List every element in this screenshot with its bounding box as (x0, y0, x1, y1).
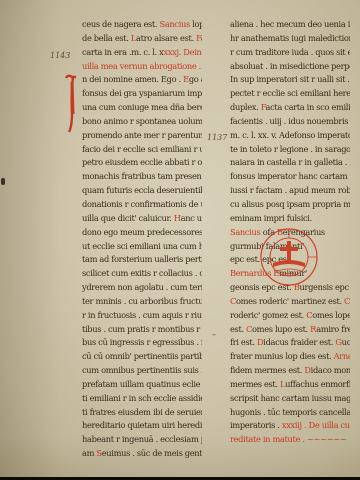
ink-text: scripsit hanc cartam iussu magistri (230, 393, 350, 403)
text-line: tam ad forsterium ualleris pertinente (82, 253, 202, 267)
ink-text: facientis . uiij . idus nouembris . era (230, 116, 350, 126)
ink-text: hr anathematis iugi maledictione (230, 33, 350, 43)
ink-text: In sup imperatori sit r ualli sit . mand… (230, 74, 350, 84)
text-line: uilla mea vernun abrogatione . — (82, 60, 202, 74)
ink-text: habeant r ingenuā . ecclesiam possideat (82, 434, 202, 444)
text-line: r in fructuosis . cum aquis r riuis r fo… (82, 309, 202, 323)
text-line: petro eiusdem ecclie abbati r omnib' uri… (82, 156, 202, 170)
ink-text: idacus fraider est. (263, 337, 335, 347)
ink-text: fonsus dei gra yspaniarum imperator (82, 88, 202, 98)
ink-text: est. (230, 324, 246, 334)
ink-text: omes lupo est. (252, 324, 310, 334)
text-line: facio dei r ecclie sci emiliani r uobis … (82, 143, 202, 157)
ink-text: ydrerem non agolatu . cum terminis sui (82, 282, 202, 292)
text-line: pectet r ecclie sci emiliani hereditatem (230, 87, 350, 101)
ink-text: prefatam uillam quatinus eclie bea (82, 379, 202, 389)
text-line: donationis r confirmationis de una (82, 198, 202, 212)
text-line: fonsus imperator hanc cartam fieri (230, 170, 350, 184)
text-line: tibus . cum pratis r montibus r uallib' (82, 323, 202, 337)
margin-note-year: 1143 (50, 51, 70, 60)
rubric-text: Sancius (160, 19, 190, 29)
ink-text: omes roderic' martinez est. (236, 296, 344, 306)
text-line: quam futuris eccla deseruientib' cartam (82, 184, 202, 198)
ink-text: lope gaten (190, 19, 202, 29)
text-line: mermes est. Luffachus enmorfie (230, 378, 350, 392)
rubric-text: xxxiij . De uilla cum he (282, 420, 350, 430)
ink-text: cū cū omnib' pertinentiis partibus (82, 351, 202, 361)
ink-text: mermes est. (230, 379, 280, 389)
text-line: te in toleto r legione . in saragoza r i… (230, 143, 350, 157)
ink-text: petro eiusdem ecclie abbati r omnib' uri… (82, 157, 202, 167)
rubric-text: reditate in matute . ~~~~~~ (230, 434, 347, 444)
ink-text: ut ecclie sci emiliani una cum hereditat… (82, 241, 202, 251)
ink-text: r cum traditore iuda . quos sit eius (230, 47, 350, 57)
text-line: n dei nomine amen. Ego . Ego ade (82, 73, 202, 87)
text-line: roderic' gomez est. Comes lope dies (230, 309, 350, 323)
text-line: am Seuimus . sūc de meis gente uel de (82, 447, 202, 461)
left-text-column: ceus de nagera est. Sancius lope gatende… (82, 18, 202, 461)
ink-text: ti fratres eiusdem ibi de seruientes . c… (82, 407, 202, 417)
text-line: cu alisus posq ipsam propria manu signum (230, 198, 350, 212)
ink-text: uo (342, 337, 350, 347)
text-line: ut ecclie sci emiliani una cum hereditat… (82, 240, 202, 254)
ink-text: de bella est. (82, 33, 131, 43)
text-line: In sup imperatori sit r ualli sit . mand… (230, 73, 350, 87)
rubric-text: Sancius (230, 227, 260, 237)
text-line: una cum coniuge mea dña berengaria (82, 101, 202, 115)
ink-text: m. c. l. xx. v. Adefonso imperatore regn… (230, 130, 350, 140)
text-line: est. Comes lupo est. Ramiro fremagid (230, 323, 350, 337)
ink-text: uffachus enmorfie (285, 379, 350, 389)
ink-text: go ade (189, 74, 202, 84)
ink-text: uilla que dicit' caluicur. (82, 213, 174, 223)
rubric-text: uilla mea vernun abrogatione . — (82, 61, 202, 71)
text-line: Comes roderic' martinez est. Comes (230, 295, 350, 309)
ink-text: absoluat . in misedictione perpetuum. (230, 61, 350, 71)
ink-text: n dei nomine amen. Ego . (82, 74, 183, 84)
text-line: duplex. Facta carta in sco emiliano de (230, 101, 350, 115)
ink-text: iussi r factam . apud meum robor (230, 185, 350, 195)
text-line: promendo ante mer r parentum meorum (82, 129, 202, 143)
decorated-initial-i (64, 74, 78, 134)
ink-text: fri est. (230, 337, 257, 347)
text-line: frater munius lop dies est. Arnal (230, 350, 350, 364)
ink-text: monachis fratribus tam presentibus (82, 171, 202, 181)
ink-text: anc uillā (181, 213, 202, 223)
text-line: habeant r ingenuā . ecclesiam possideat (82, 433, 202, 447)
manuscript-page: 1143 1137 – ceus de nagera est. Sancius … (0, 0, 360, 477)
ink-text: roderic' gomez est. (230, 310, 306, 320)
text-line: uilla que dicit' caluicur. Hanc uillā (82, 212, 202, 226)
ink-text: carta in era .m. c. l. x (82, 47, 163, 57)
ink-text: ti emiliani r in sch ecclie assidie (82, 393, 202, 403)
text-line: hr anathematis iugi maledictione (230, 32, 350, 46)
text-line: imperatoris . xxxiij . De uilla cum he (230, 419, 350, 433)
ink-text: una cum coniuge mea dña berengaria (82, 102, 202, 112)
rubric-text: E (349, 157, 350, 167)
ink-text: fidem mermes est. (230, 365, 304, 375)
ink-text: hereditario quietam uiri hereditario (82, 420, 202, 430)
ink-text: promendo ante mer r parentum meorum (82, 130, 202, 140)
text-line: absoluat . in misedictione perpetuum. (230, 60, 350, 74)
rota-seal-cross-icon (259, 227, 319, 287)
ink-text: frater munius lop dies est. (230, 351, 334, 361)
text-line: eminam impri fulsici. (230, 212, 350, 226)
text-line: fri est. Didacus fraider est. Guo (230, 336, 350, 350)
text-line: aliena . hec mecum deo uenia infrigerim (230, 18, 350, 32)
ink-text: cum omnibus pertinentiis suis . Ita uero (82, 365, 202, 375)
text-line: m. c. l. xx. v. Adefonso imperatore regn… (230, 129, 350, 143)
ink-text: ceus de nagera est. (82, 19, 160, 29)
text-line: bus cū ingressis r egressibus . r cū des… (82, 336, 202, 350)
text-line: hugonis . tūc temporis cancellarii (230, 406, 350, 420)
text-line: r cum traditore iuda . quos sit eius (230, 46, 350, 60)
ink-text: duplex. (230, 102, 261, 112)
text-line: carta in era .m. c. l. xxxxj. Deinde in (82, 46, 202, 60)
text-line: prefatam uillam quatinus eclie bea (82, 378, 202, 392)
text-line: ti fratres eiusdem ibi de seruientes . c… (82, 406, 202, 420)
ink-text: dono ego meum predecessores . ecclesiamq… (82, 227, 202, 237)
ink-text: imperatoris . (230, 420, 282, 430)
text-line: scilicet cum exitis r collacius . cum ei… (82, 267, 202, 281)
text-line: ydrerem non agolatu . cum terminis sui (82, 281, 202, 295)
text-line: ti emiliani r in sch ecclie assidie (82, 392, 202, 406)
ink-text: omes lope dies (312, 310, 350, 320)
margin-note-year: 1137 (207, 133, 227, 142)
ink-text: bono animo r spontanea uolumtate (82, 116, 202, 126)
text-line: cum omnibus pertinentiis suis . Ita uero (82, 364, 202, 378)
text-line: dono ego meum predecessores . ecclesiamq… (82, 226, 202, 240)
text-line: facientis . uiij . idus nouembris . era (230, 115, 350, 129)
text-line: reditate in matute . ~~~~~~ (230, 433, 350, 447)
ink-text: donationis r confirmationis de una (82, 199, 202, 209)
ink-text: te in toleto r legione . in saragoza r i… (230, 144, 350, 154)
ink-text: am (82, 448, 96, 458)
ink-text: cu alisus posq ipsam propria manu signum (230, 199, 350, 209)
ink-text: scilicet cum exitis r collacius . cum ei… (82, 268, 202, 278)
ink-text: euimus . sūc de meis gente uel de (102, 448, 202, 458)
ink-text: pectet r ecclie sci emiliani hereditatem (230, 88, 350, 98)
ink-text: ter mninis . cu arboribus fructuosis (82, 296, 202, 306)
ink-text: atro alsare est. (136, 33, 196, 43)
ink-text: facio dei r ecclie sci emiliani r uobis … (82, 144, 202, 154)
ink-text: aliena . hec mecum deo uenia infrigerim (230, 19, 350, 29)
text-line: de bella est. Latro alsare est. Facta (82, 32, 202, 46)
text-line: hereditario quietam uiri hereditario (82, 419, 202, 433)
ink-text: naiara in castella r in galletia . (230, 157, 349, 167)
text-line: naiara in castella r in galletia . Ego a… (230, 156, 350, 170)
text-line: ceus de nagera est. Sancius lope gaten (82, 18, 202, 32)
ink-stain (1, 178, 5, 185)
rubric-text: xxxj. Deinde in (163, 47, 202, 57)
ink-text: quam futuris eccla deseruientib' cartam (82, 185, 202, 195)
ink-text: r in fructuosis . cum aquis r riuis r fo… (82, 310, 202, 320)
text-line: bono animo r spontanea uolumtate (82, 115, 202, 129)
rubric-text: H (174, 213, 181, 223)
margin-note-dash: – (212, 330, 216, 339)
text-line: monachis fratribus tam presentibus (82, 170, 202, 184)
text-line: ter mninis . cu arboribus fructuosis (82, 295, 202, 309)
ink-text: tam ad forsterium ualleris pertinente (82, 254, 202, 264)
ink-text: acta (201, 33, 202, 43)
rubric-text: Arnal (334, 351, 350, 361)
text-line: cū cū omnib' pertinentiis partibus (82, 350, 202, 364)
ink-text: eminam impri fulsici. (230, 213, 312, 223)
ink-text: hugonis . tūc temporis cancellarii (230, 407, 350, 417)
ink-text: bus cū ingressis r egressibus . r cū des… (82, 337, 202, 347)
text-line: scripsit hanc cartam iussu magistri (230, 392, 350, 406)
text-line: fonsus dei gra yspaniarum imperator (82, 87, 202, 101)
ink-text: idaco monnir' (311, 365, 350, 375)
ink-text: fonsus imperator hanc cartam fieri (230, 171, 350, 181)
ink-text: acta carta in sco emiliano de (266, 102, 350, 112)
ink-text: tibus . cum pratis r montibus r uallib' (82, 324, 202, 334)
ink-text: amiro fremagid (316, 324, 350, 334)
text-line: fidem mermes est. Didaco monnir' (230, 364, 350, 378)
text-line: iussi r factam . apud meum robor (230, 184, 350, 198)
